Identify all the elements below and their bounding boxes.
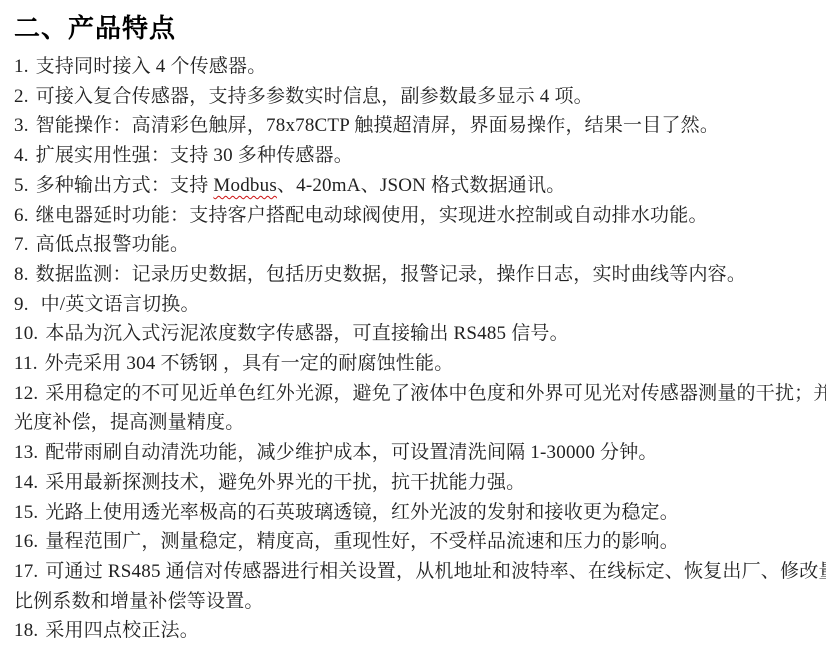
feature-item-7: 7.高低点报警功能。 <box>14 230 816 260</box>
item-text: 采用稳定的不可见近单色红外光源，避免了液体中色度和外界可见光对传感器测量的干扰；… <box>45 383 826 404</box>
item-text: 本品为沉入式污泥浓度数字传感器，可直接输出 RS485 信号。 <box>45 323 568 344</box>
feature-item-15: 15.光路上使用透光率极高的石英玻璃透镜，红外光波的发射和接收更为稳定。 <box>14 498 816 528</box>
item-number: 8. <box>14 264 29 285</box>
item-text: 中/英文语言切换。 <box>36 294 200 315</box>
item-number: 9. <box>14 294 29 315</box>
feature-item-18: 18.采用四点校正法。 <box>14 616 816 646</box>
feature-item-8: 8.数据监测：记录历史数据，包括历史数据，报警记录，操作日志，实时曲线等内容。 <box>14 260 816 290</box>
item-text: 采用最新探测技术，避免外界光的干扰，抗干扰能力强。 <box>45 472 525 493</box>
item-text: 扩展实用性强：支持 30 多种传感器。 <box>36 145 353 166</box>
item-text: 继电器延时功能：支持客户搭配电动球阀使用，实现进水控制或自动排水功能。 <box>36 205 708 226</box>
item-text-post: 、4-20mA、JSON 格式数据通讯。 <box>277 175 565 196</box>
item-text: 配带雨刷自动清洗功能，减少维护成本，可设置清洗间隔 1-30000 分钟。 <box>45 442 657 463</box>
item-number: 5. <box>14 175 29 196</box>
spellcheck-underlined-word: Modbus <box>213 175 277 196</box>
item-text: 采用四点校正法。 <box>45 620 199 641</box>
feature-item-1: 1.支持同时接入 4 个传感器。 <box>14 52 816 82</box>
item-text: 高低点报警功能。 <box>36 234 190 255</box>
item-text-wrap: 比例系数和增量补偿等设置。 <box>14 591 264 612</box>
item-number: 11. <box>14 353 38 374</box>
feature-item-17: 17.可通过 RS485 通信对传感器进行相关设置，从机地址和波特率、在线标定、… <box>14 557 816 587</box>
feature-item-5: 5.多种输出方式：支持 Modbus、4-20mA、JSON 格式数据通讯。 <box>14 171 816 201</box>
item-text-pre: 多种输出方式：支持 <box>36 175 214 196</box>
item-number: 12. <box>14 383 38 404</box>
feature-item-14: 14.采用最新探测技术，避免外界光的干扰，抗干扰能力强。 <box>14 468 816 498</box>
feature-item-12-continuation: 光度补偿，提高测量精度。 <box>14 408 816 438</box>
document-page: 二、产品特点 1.支持同时接入 4 个传感器。 2.可接入复合传感器，支持多参数… <box>0 0 826 660</box>
item-text: 量程范围广，测量稳定，精度高，重现性好，不受样品流速和压力的影响。 <box>45 531 679 552</box>
item-number: 6. <box>14 205 29 226</box>
feature-item-17-continuation: 比例系数和增量补偿等设置。 <box>14 587 816 617</box>
feature-item-2: 2.可接入复合传感器，支持多参数实时信息，副参数最多显示 4 项。 <box>14 82 816 112</box>
item-number: 3. <box>14 115 29 136</box>
item-number: 18. <box>14 620 38 641</box>
item-number: 4. <box>14 145 29 166</box>
item-number: 13. <box>14 442 38 463</box>
item-text: 可接入复合传感器，支持多参数实时信息，副参数最多显示 4 项。 <box>36 86 593 107</box>
item-text-wrap: 光度补偿，提高测量精度。 <box>14 412 244 433</box>
item-text: 光路上使用透光率极高的石英玻璃透镜，红外光波的发射和接收更为稳定。 <box>45 502 679 523</box>
item-number: 15. <box>14 502 38 523</box>
item-text: 智能操作：高清彩色触屏，78x78CTP 触摸超清屏，界面易操作，结果一目了然。 <box>36 115 719 136</box>
item-number: 1. <box>14 56 29 77</box>
feature-item-10: 10.本品为沉入式污泥浓度数字传感器，可直接输出 RS485 信号。 <box>14 319 816 349</box>
feature-item-3: 3.智能操作：高清彩色触屏，78x78CTP 触摸超清屏，界面易操作，结果一目了… <box>14 111 816 141</box>
item-text: 支持同时接入 4 个传感器。 <box>36 56 267 77</box>
item-number: 7. <box>14 234 29 255</box>
feature-item-9: 9. 中/英文语言切换。 <box>14 290 816 320</box>
item-number: 17. <box>14 561 38 582</box>
item-text: 数据监测：记录历史数据，包括历史数据，报警记录，操作日志，实时曲线等内容。 <box>36 264 746 285</box>
item-number: 14. <box>14 472 38 493</box>
item-number: 2. <box>14 86 29 107</box>
feature-item-16: 16.量程范围广，测量稳定，精度高，重现性好，不受样品流速和压力的影响。 <box>14 527 816 557</box>
section-heading: 二、产品特点 <box>14 12 816 44</box>
feature-item-11: 11.外壳采用 304 不锈钢 ，具有一定的耐腐蚀性能。 <box>14 349 816 379</box>
item-number: 16. <box>14 531 38 552</box>
item-text: 可通过 RS485 通信对传感器进行相关设置，从机地址和波特率、在线标定、恢复出… <box>45 561 826 582</box>
item-number: 10. <box>14 323 38 344</box>
feature-item-12: 12.采用稳定的不可见近单色红外光源，避免了液体中色度和外界可见光对传感器测量的… <box>14 379 816 409</box>
feature-item-4: 4.扩展实用性强：支持 30 多种传感器。 <box>14 141 816 171</box>
feature-item-6: 6.继电器延时功能：支持客户搭配电动球阀使用，实现进水控制或自动排水功能。 <box>14 201 816 231</box>
item-text: 外壳采用 304 不锈钢 ，具有一定的耐腐蚀性能。 <box>45 353 454 374</box>
feature-item-13: 13.配带雨刷自动清洗功能，减少维护成本，可设置清洗间隔 1-30000 分钟。 <box>14 438 816 468</box>
